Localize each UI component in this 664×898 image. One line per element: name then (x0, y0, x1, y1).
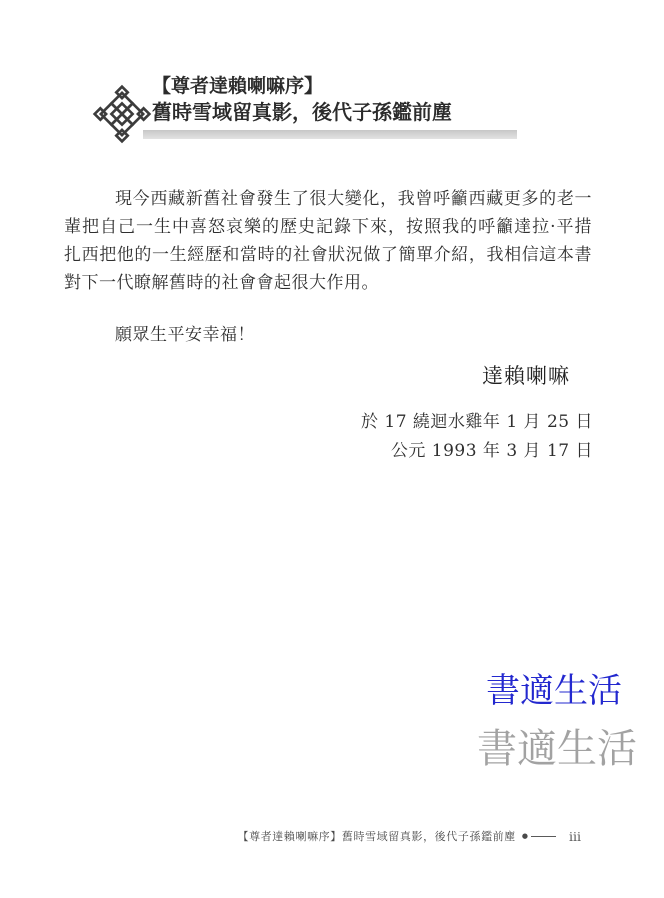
footer-bullet-icon: ● (522, 833, 528, 840)
chapter-subtitle: 舊時雪域留真影，後代子孫鑑前塵 (152, 100, 452, 125)
watermark-blue: 書適生活 (486, 663, 622, 712)
chapter-title: 【尊者達賴喇嘛序】 (152, 74, 452, 99)
date-tibetan-calendar: 於 17 繞迴水雞年 1 月 25 日 (361, 407, 593, 432)
blessing-line: 願眾生平安幸福！ (115, 320, 255, 345)
signature-dalai-lama: 達賴喇嘛 (482, 360, 570, 390)
date-gregorian-calendar: 公元 1993 年 3 月 17 日 (391, 436, 593, 461)
footer-dash-rule (531, 836, 556, 837)
chapter-header: 【尊者達賴喇嘛序】 舊時雪域留真影，後代子孫鑑前塵 (152, 74, 452, 125)
page-number: iii (569, 829, 581, 844)
book-page: 【尊者達賴喇嘛序】 舊時雪域留真影，後代子孫鑑前塵 現今西藏新舊社會發生了很大變… (0, 0, 664, 898)
footer-running-title: 【尊者達賴喇嘛序】舊時雪域留真影，後代子孫鑑前塵 (237, 828, 515, 844)
header-accent-bar (143, 130, 517, 139)
watermark-gray: 書適生活 (477, 717, 637, 774)
page-footer: 【尊者達賴喇嘛序】舊時雪域留真影，後代子孫鑑前塵 ● iii (237, 828, 581, 844)
preface-paragraph: 現今西藏新舊社會發生了很大變化，我曾呼籲西藏更多的老一輩把自己一生中喜怒哀樂的歷… (64, 185, 592, 297)
